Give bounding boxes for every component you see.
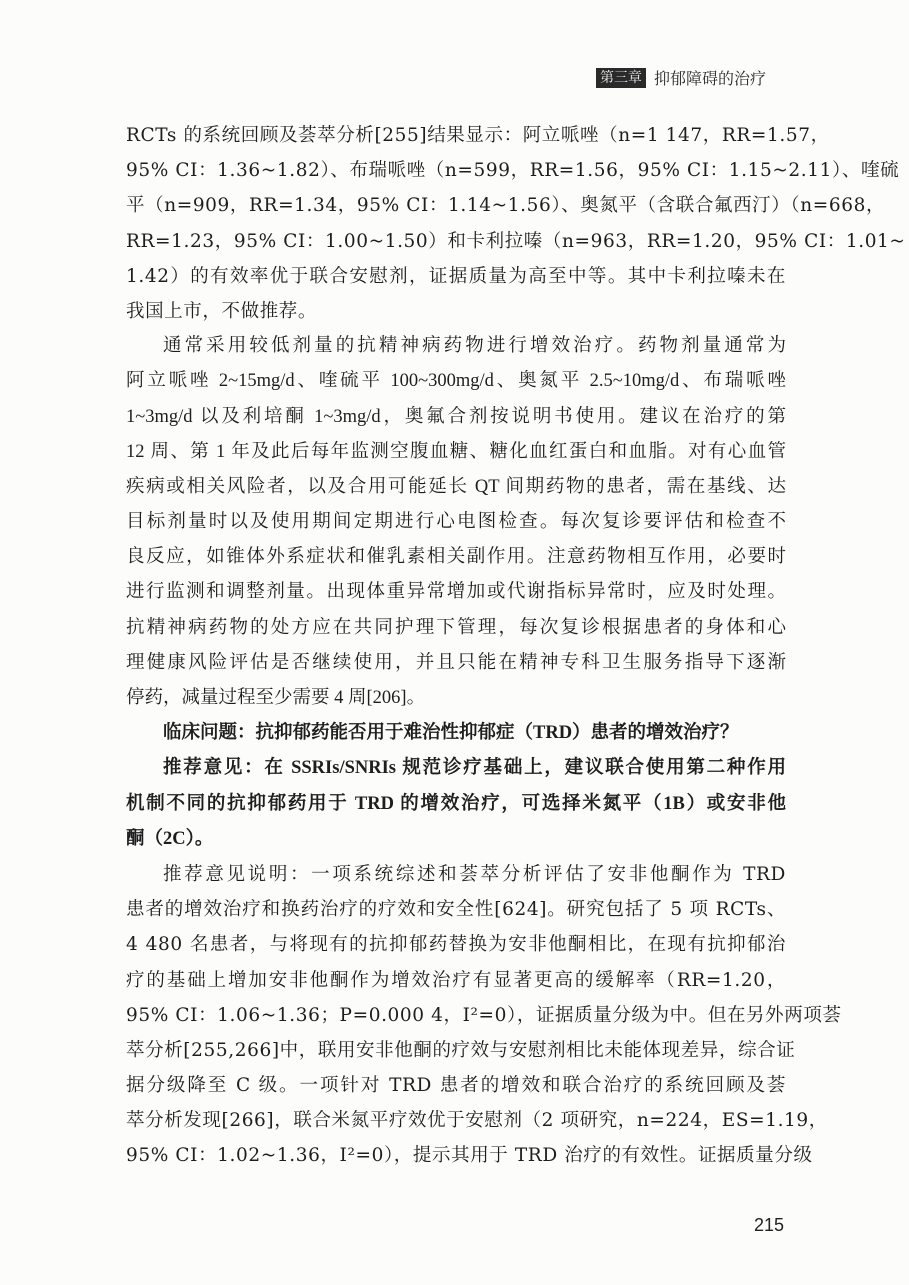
text-line: 12 周、第 1 年及此后每年监测空腹血糖、糖化血红蛋白和血脂。对有心血管 (126, 435, 786, 470)
explanation-line: 4 480 名患者，与将现有的抗抑郁药替换为安非他酮相比，在现有抗抑郁治 (126, 927, 786, 962)
recommendation-line: 推荐意见：在 SSRIs/SNRIs 规范诊疗基础上，建议联合使用第二种作用 (126, 751, 786, 786)
explanation-line: 推荐意见说明：一项系统综述和荟萃分析评估了安非他酮作为 TRD (126, 857, 786, 892)
explanation-line: 据分级降至 C 级。一项针对 TRD 患者的增效和联合治疗的系统回顾及荟 (126, 1068, 786, 1103)
text-line: 95% CI：1.36~1.82）、布瑞哌唑（n=599，RR=1.56，95%… (126, 153, 786, 188)
recommendation-line: 酮（2C）。 (126, 822, 786, 857)
text-line: 停药，减量过程至少需要 4 周[206]。 (126, 681, 786, 716)
text-line: 疾病或相关风险者，以及合用可能延长 QT 间期药物的患者，需在基线、达 (126, 470, 786, 505)
text-line: 目标剂量时以及使用期间定期进行心电图检查。每次复诊要评估和检查不 (126, 505, 786, 540)
text-line: RR=1.23，95% CI：1.00~1.50）和卡利拉嗪（n=963，RR=… (126, 224, 786, 259)
text-line: 1~3mg/d 以及利培酮 1~3mg/d，奥氟合剂按说明书使用。建议在治疗的第 (126, 400, 786, 435)
text-line: 我国上市，不做推荐。 (126, 294, 786, 329)
text-line: 阿立哌唑 2~15mg/d、喹硫平 100~300mg/d、奥氮平 2.5~10… (126, 364, 786, 399)
explanation-line: 疗的基础上增加安非他酮作为增效治疗有显著更高的缓解率（RR=1.20， (126, 963, 786, 998)
chapter-title: 抑郁障碍的治疗 (654, 66, 766, 89)
text-line: 理健康风险评估是否继续使用，并且只能在精神专科卫生服务指导下逐渐 (126, 646, 786, 681)
text-line: 良反应，如锥体外系症状和催乳素相关副作用。注意药物相互作用，必要时 (126, 540, 786, 575)
text-line: 抗精神病药物的处方应在共同护理下管理，每次复诊根据患者的身体和心 (126, 611, 786, 646)
running-header: 第三章 抑郁障碍的治疗 (596, 66, 766, 89)
recommendation-line: 机制不同的抗抑郁药用于 TRD 的增效治疗，可选择米氮平（1B）或安非他 (126, 787, 786, 822)
explanation-line: 95% CI：1.06~1.36；P=0.000 4，I²=0），证据质量分级为… (126, 998, 786, 1033)
text-line: 进行监测和调整剂量。出现体重异常增加或代谢指标异常时，应及时处理。 (126, 575, 786, 610)
chapter-badge: 第三章 (596, 68, 646, 88)
text-line: 1.42）的有效率优于联合安慰剂，证据质量为高至中等。其中卡利拉嗪未在 (126, 259, 786, 294)
explanation-line: 萃分析发现[266]，联合米氮平疗效优于安慰剂（2 项研究，n=224，ES=1… (126, 1103, 786, 1138)
page-body: RCTs 的系统回顾及荟萃分析[255]结果显示：阿立哌唑（n=1 147，RR… (126, 118, 786, 1174)
explanation-line: 95% CI：1.02~1.36，I²=0），提示其用于 TRD 治疗的有效性。… (126, 1138, 786, 1173)
explanation-line: 患者的增效治疗和换药治疗的疗效和安全性[624]。研究包括了 5 项 RCTs、 (126, 892, 786, 927)
explanation-line: 萃分析[255,266]中，联用安非他酮的疗效与安慰剂相比未能体现差异，综合证 (126, 1033, 786, 1068)
page-number: 215 (754, 1215, 784, 1236)
text-line: 平（n=909，RR=1.34，95% CI：1.14~1.56）、奥氮平（含联… (126, 188, 786, 223)
text-line: RCTs 的系统回顾及荟萃分析[255]结果显示：阿立哌唑（n=1 147，RR… (126, 118, 786, 153)
text-line: 通常采用较低剂量的抗精神病药物进行增效治疗。药物剂量通常为 (126, 329, 786, 364)
clinical-question: 临床问题：抗抑郁药能否用于难治性抑郁症（TRD）患者的增效治疗？ (126, 716, 786, 751)
